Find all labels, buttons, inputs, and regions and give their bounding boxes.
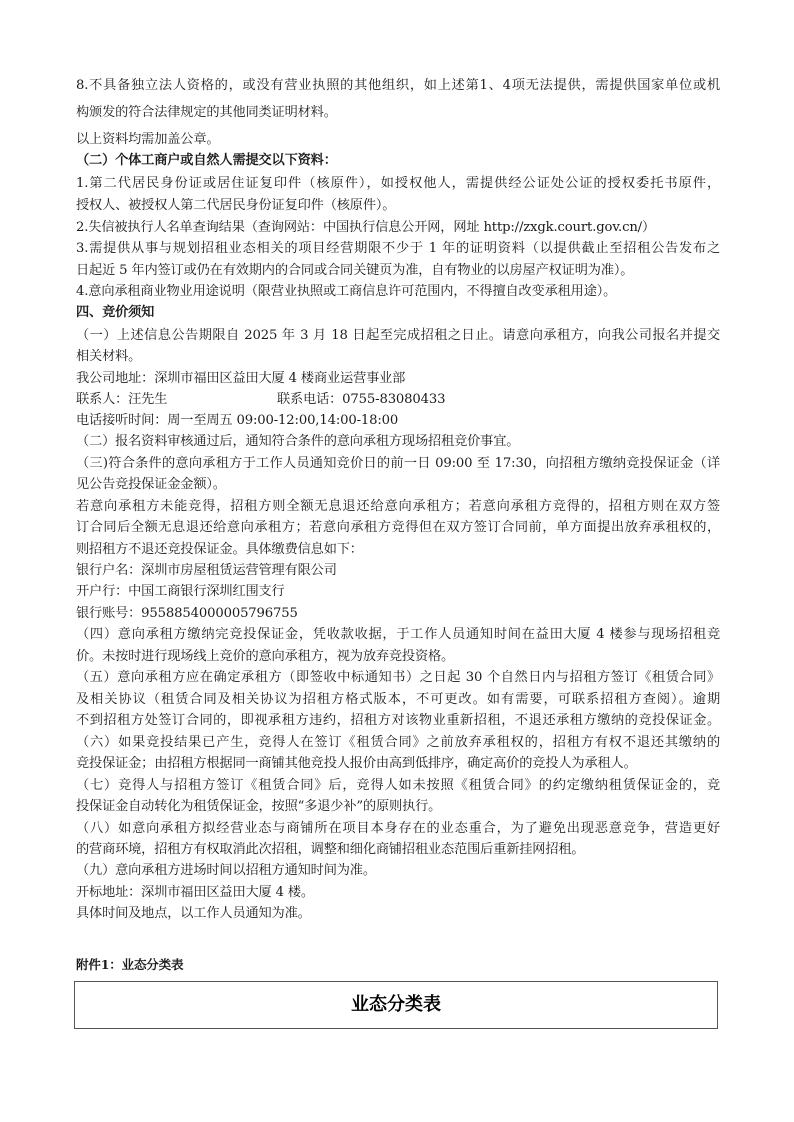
refund-line-3: 则招租方不退还竞投保证金。具体缴费信息如下：: [76, 541, 363, 559]
bid-1-line-2: 相关材料。: [76, 348, 141, 366]
section-heading-bidding: 四、竞价须知: [76, 304, 154, 322]
time-place-note: 具体时间及地点，以工作人员通知为准。: [76, 905, 311, 923]
business-category-table: 业态分类表: [74, 981, 718, 1029]
bid-3-line-2: 见公告竞投保证金金额）。: [76, 476, 226, 494]
attachment-label: 附件1：业态分类表: [76, 956, 183, 974]
bid-5-line-3: 不到招租方处签订合同的，即视承租方违约，招租方对该物业重新招租，不退还承租方缴纳…: [76, 712, 720, 730]
bank-branch: 开户行：中国工商银行深圳红围支行: [76, 583, 285, 601]
table-title: 业态分类表: [75, 990, 717, 1016]
para-8-line-2: 构颁发的符合法律规定的其他同类证明材料。: [76, 104, 337, 122]
item-3-line-2: 日起近 5 年内签订或仍在有效期内的合同或合同关键页为准，自有物业的以房屋产权证…: [76, 262, 633, 280]
item-2: 2.失信被执行人名单查询结果（查询网站：中国执行信息公开网，网址 http://…: [76, 219, 655, 237]
para-8-line-1: 8.不具备独立法人资格的，或没有营业执照的其他组织，如上述第1、4项无法提供，需…: [76, 77, 720, 95]
bid-5-line-1: （五）意向承租方应在确定承租方（即签收中标通知书）之日起 30 个自然日内与招租…: [76, 669, 720, 687]
contact-phone: 联系电话：0755-83080433: [277, 391, 445, 409]
bid-4-line-1: （四）意向承租方缴纳完竞投保证金，凭收款收据，于工作人员通知时间在益田大厦 4 …: [76, 626, 720, 644]
contact-person: 联系人：汪先生: [76, 391, 167, 409]
bank-account-name: 银行户名：深圳市房屋租赁运营管理有限公司: [76, 562, 337, 580]
bid-2: （二）报名资料审核通过后，通知符合条件的意向承租方现场招租竞价事宜。: [76, 433, 519, 451]
bid-6-line-2: 竞投保证金；由招租方根据同一商铺其他竞投人报价由高到低排序，确定高价的竞投人为承…: [76, 755, 637, 773]
item-1-line-1: 1.第二代居民身份证或居住证复印件（核原件），如授权他人，需提供经公证处公证的授…: [76, 175, 720, 193]
bank-account-number: 银行账号：9558854000005796755: [76, 605, 298, 623]
bid-7-line-1: （七）竞得人与招租方签订《租赁合同》后，竞得人如未按照《租赁合同》的约定缴纳租赁…: [76, 777, 720, 795]
item-1-line-2: 授权人、被授权人第二代居民身份证复印件（核原件）。: [76, 197, 395, 215]
bid-3-line-1: （三)符合条件的意向承租方于工作人员通知竞价日的前一日 09:00 至 17:3…: [76, 455, 720, 473]
bid-8-line-2: 的营商环境，招租方有权取消此次招租，调整和细化商铺招租业态范围后重新挂网招租。: [76, 841, 584, 859]
refund-line-1: 若意向承租方未能竞得，招租方则全额无息退还给意向承租方；若意向承租方竞得的，招租…: [76, 498, 720, 516]
section-heading-individual: （二）个体工商户或自然人需提交以下资料：: [76, 152, 337, 170]
bid-8-line-1: （八）如意向承租方拟经营业态与商铺所在项目本身存在的业态重合，为了避免出现恶意竞…: [76, 820, 720, 838]
bid-6-line-1: （六）如果竞投结果已产生，竞得人在签订《租赁合同》之前放弃承租权的，招租方有权不…: [76, 734, 720, 752]
item-4: 4.意向承租商业物业用途说明（限营业执照或工商信息许可范围内，不得擅自改变承租用…: [76, 283, 616, 301]
refund-line-2: 订合同后全额无息退还给意向承租方；若意向承租方竞得但在双方签订合同前，单方面提出…: [76, 519, 720, 537]
company-address: 我公司地址：深圳市福田区益田大厦 4 楼商业运营事业部: [76, 370, 405, 388]
phone-hours: 电话接听时间：周一至周五 09:00-12:00,14:00-18:00: [76, 412, 398, 430]
bid-1-line-1: （一）上述信息公告期限自 2025 年 3 月 18 日起至完成招租之日止。请意…: [76, 327, 720, 345]
bid-5-line-2: 及相关协议（租赁合同及相关协议为招租方格式版本，不可更改。如有需要，可联系招租方…: [76, 691, 720, 709]
bid-4-line-2: 价。未按时进行现场线上竞价的意向承租方，视为放弃竞投资格。: [76, 648, 454, 666]
item-3-line-1: 3.需提供从事与规划招租业态相关的项目经营期限不少于 1 年的证明资料（以提供截…: [76, 240, 720, 258]
seal-note: 以上资料均需加盖公章。: [76, 131, 219, 149]
bid-7-line-2: 投保证金自动转化为租赁保证金，按照“多退少补”的原则执行。: [76, 798, 441, 816]
opening-address: 开标地址：深圳市福田区益田大厦 4 楼。: [76, 884, 314, 902]
bid-9: （九）意向承租方进场时间以招租方通知时间为准。: [76, 862, 376, 880]
